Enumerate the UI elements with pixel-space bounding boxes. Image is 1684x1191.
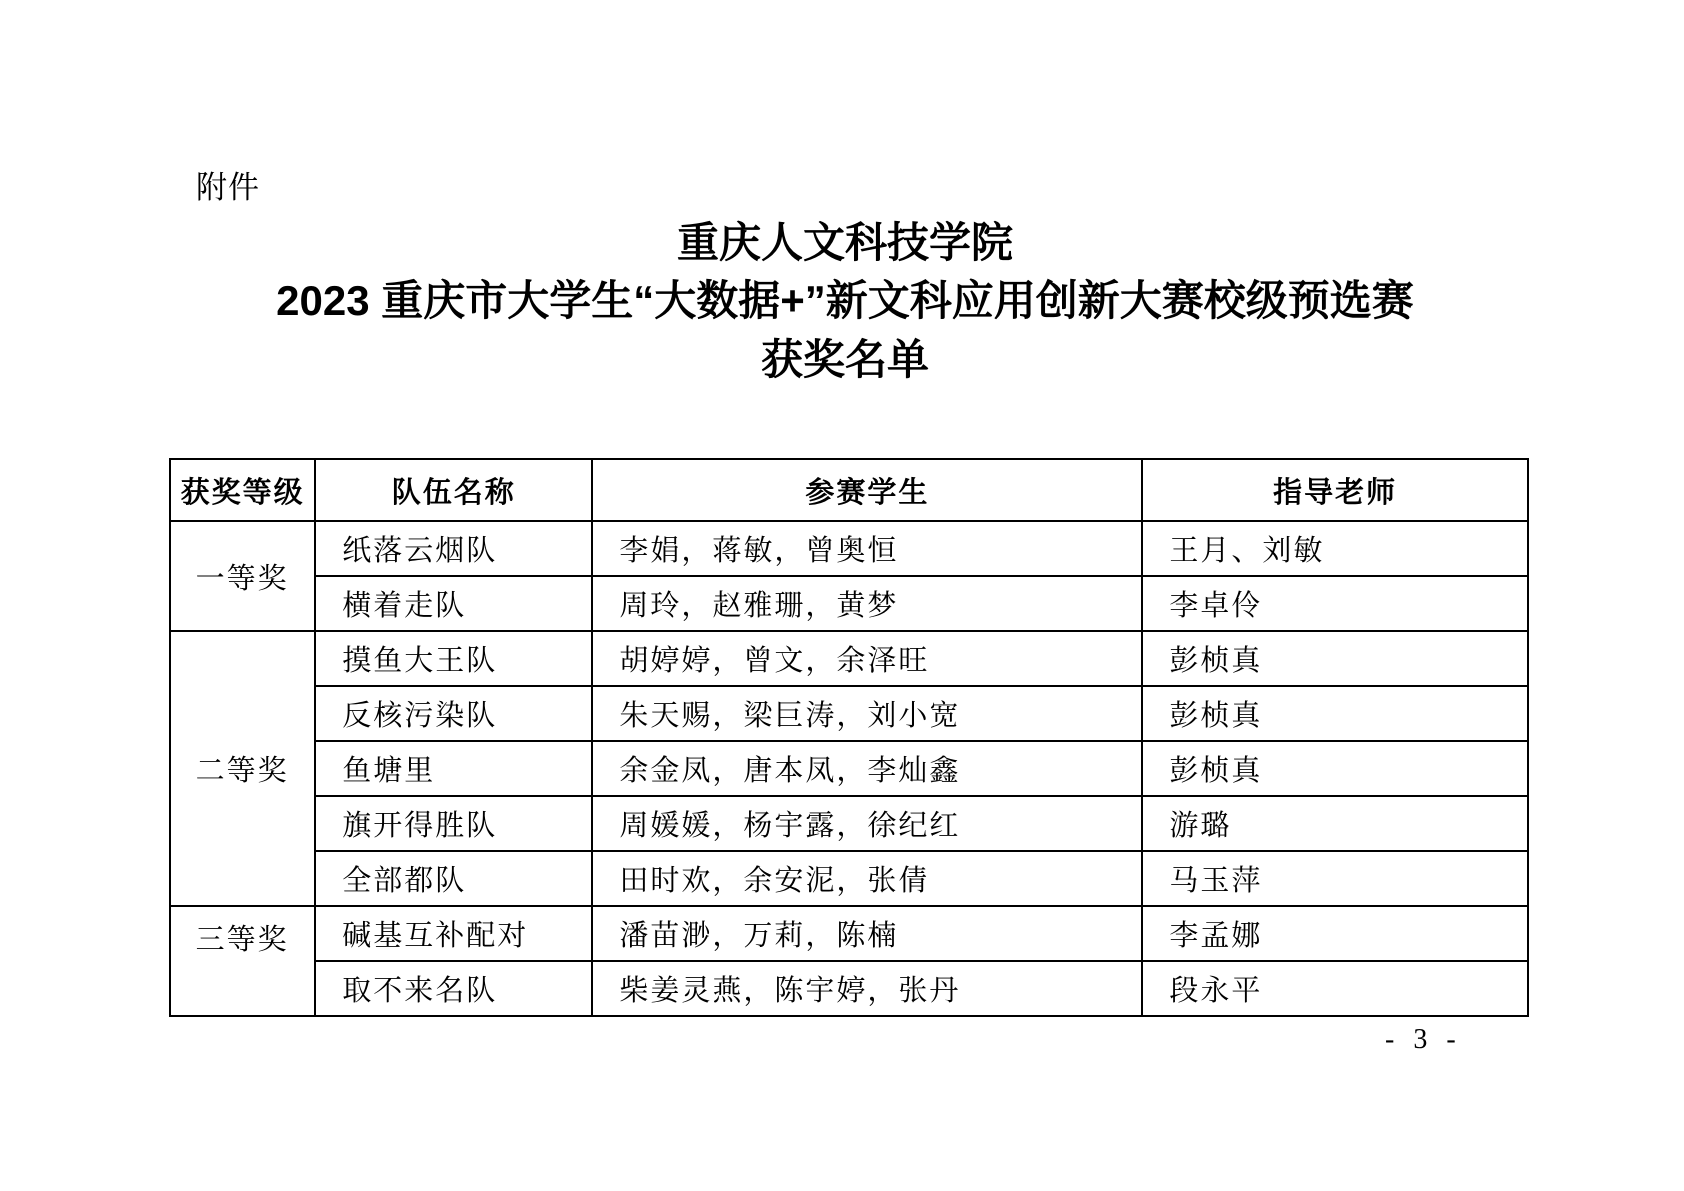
teacher-cell: 李卓伶 (1142, 576, 1528, 631)
teacher-cell: 马玉萍 (1142, 851, 1528, 906)
team-name-cell: 取不来名队 (315, 961, 592, 1016)
header-cell-team-name: 队伍名称 (315, 459, 592, 521)
team-name-cell: 旗开得胜队 (315, 796, 592, 851)
students-cell: 朱天赐，梁巨涛，刘小宽 (592, 686, 1142, 741)
table-row: 鱼塘里 余金凤，唐本凤，李灿鑫 彭桢真 (170, 741, 1528, 796)
document-page: 附件 重庆人文科技学院 2023 重庆市大学生“大数据+”新文科应用创新大赛校级… (0, 0, 1684, 1191)
students-cell: 柴姜灵燕，陈宇婷，张丹 (592, 961, 1142, 1016)
team-name-cell: 鱼塘里 (315, 741, 592, 796)
header-cell-award-level: 获奖等级 (170, 459, 315, 521)
table-row: 三等奖 碱基互补配对 潘苗渺，万莉，陈楠 李孟娜 (170, 906, 1528, 961)
document-title-school: 重庆人文科技学院 (160, 210, 1530, 270)
team-name-cell: 横着走队 (315, 576, 592, 631)
award-level-cell: 二等奖 (170, 631, 315, 906)
document-title-competition: 2023 重庆市大学生“大数据+”新文科应用创新大赛校级预选赛 (160, 268, 1530, 328)
team-name-cell: 全部都队 (315, 851, 592, 906)
attachment-label: 附件 (196, 162, 260, 207)
table-row: 反核污染队 朱天赐，梁巨涛，刘小宽 彭桢真 (170, 686, 1528, 741)
students-cell: 潘苗渺，万莉，陈楠 (592, 906, 1142, 961)
awards-table: 获奖等级 队伍名称 参赛学生 指导老师 一等奖 纸落云烟队 李娟，蒋敏，曾奥恒 … (169, 458, 1529, 1017)
teacher-cell: 彭桢真 (1142, 631, 1528, 686)
table-header-row: 获奖等级 队伍名称 参赛学生 指导老师 (170, 459, 1528, 521)
table-row: 取不来名队 柴姜灵燕，陈宇婷，张丹 段永平 (170, 961, 1528, 1016)
students-cell: 周玲，赵雅珊，黄梦 (592, 576, 1142, 631)
team-name-cell: 摸鱼大王队 (315, 631, 592, 686)
teacher-cell: 彭桢真 (1142, 741, 1528, 796)
page-number: - 3 - (1385, 1024, 1462, 1056)
table-row: 横着走队 周玲，赵雅珊，黄梦 李卓伶 (170, 576, 1528, 631)
table-row: 旗开得胜队 周媛媛，杨宇露，徐纪红 游璐 (170, 796, 1528, 851)
teacher-cell: 段永平 (1142, 961, 1528, 1016)
award-level-cell: 一等奖 (170, 521, 315, 631)
students-cell: 田时欢，余安泥，张倩 (592, 851, 1142, 906)
table-row: 二等奖 摸鱼大王队 胡婷婷，曾文，余泽旺 彭桢真 (170, 631, 1528, 686)
table-row: 一等奖 纸落云烟队 李娟，蒋敏，曾奥恒 王月、刘敏 (170, 521, 1528, 576)
students-cell: 胡婷婷，曾文，余泽旺 (592, 631, 1142, 686)
award-level-cell: 三等奖 (170, 906, 315, 1016)
document-title-awards: 获奖名单 (160, 327, 1530, 387)
teacher-cell: 王月、刘敏 (1142, 521, 1528, 576)
team-name-cell: 反核污染队 (315, 686, 592, 741)
teacher-cell: 彭桢真 (1142, 686, 1528, 741)
teacher-cell: 游璐 (1142, 796, 1528, 851)
students-cell: 李娟，蒋敏，曾奥恒 (592, 521, 1142, 576)
students-cell: 余金凤，唐本凤，李灿鑫 (592, 741, 1142, 796)
team-name-cell: 碱基互补配对 (315, 906, 592, 961)
header-cell-students: 参赛学生 (592, 459, 1142, 521)
header-cell-teacher: 指导老师 (1142, 459, 1528, 521)
team-name-cell: 纸落云烟队 (315, 521, 592, 576)
teacher-cell: 李孟娜 (1142, 906, 1528, 961)
table-row: 全部都队 田时欢，余安泥，张倩 马玉萍 (170, 851, 1528, 906)
students-cell: 周媛媛，杨宇露，徐纪红 (592, 796, 1142, 851)
